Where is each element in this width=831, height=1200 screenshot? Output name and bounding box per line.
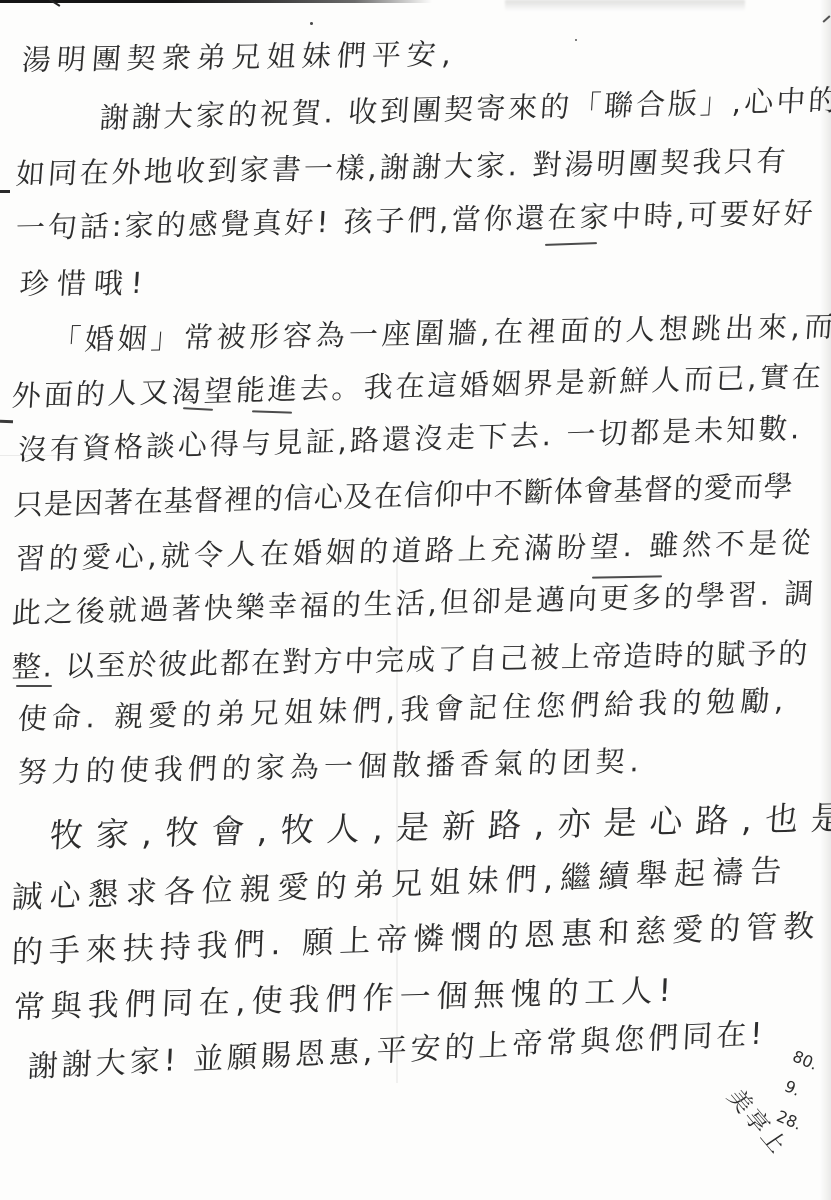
scan-artifact-speck [575,39,577,41]
letter-line: 只是因著在基督裡的信心及在信仰中不斷体會基督的愛而學 [13,464,795,524]
letter-line: 如同在外地收到家書一樣,謝謝大家. 對湯明團契我只有 [15,138,790,193]
scan-artifact-left-crease-mark [0,420,13,423]
letter-line: 沒有資格談心得与見証,路還沒走下去. 一切都是未知數. [17,406,803,469]
letter-line: 一句話:家的感覺真好! 孩子們,當你還在家中時,可要好好 [15,191,817,247]
letter-date-vertical: 80. 9. 28. [773,1042,822,1138]
letter-line: 此之後就過著快樂幸福的生活,但卻是邁向更多的學習. 調 [11,571,817,632]
scan-artifact-top-smudge [505,0,745,11]
letter-line: 「婚姻」常被形容為一座圍牆,在裡面的人想跳出來,而在 [51,304,831,359]
handwritten-underline [545,242,597,246]
letter-line: 整. 以至於彼此都在對方中完成了自己被上帝造時的賦予的 [11,631,810,686]
handwritten-underline [16,685,52,687]
scanned-letter-page: 湯明團契衆弟兄姐妹們平安, 謝謝大家的祝賀. 收到團契寄來的「聯合版」,心中的欣… [0,0,831,1200]
letter-line: 努力的使我們的家為一個散播香氣的团契. [17,739,645,791]
scan-artifact-top-edge [0,0,432,3]
scan-artifact-left-crease-mark [0,190,10,193]
letter-line: 外面的人又渴望能進去。我在這婚姻界是新鮮人而已,實在 [11,354,826,415]
letter-salutation: 湯明團契衆弟兄姐妹們平安, [20,32,458,79]
letter-line: 珍惜哦! [19,261,152,303]
handwritten-underline [252,410,292,413]
letter-line: 使命. 親愛的弟兄姐妹們,我會記住您們給我的勉勵, [17,678,790,738]
scan-shadow-right-edge [820,0,831,1200]
letter-line: 謝謝大家的祝賀. 收到團契寄來的「聯合版」,心中的欣喜 [99,76,831,137]
letter-line: 習的愛心,就令人在婚姻的道路上充滿盼望. 雖然不是從 [15,520,816,578]
scan-artifact-speck [310,22,313,25]
